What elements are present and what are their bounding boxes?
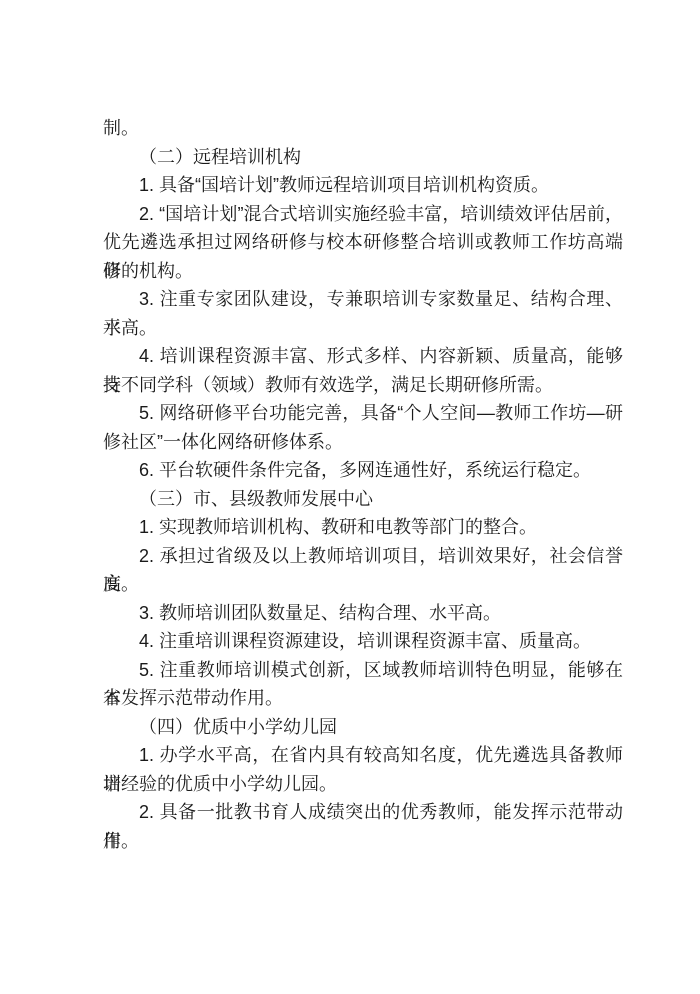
text-line: 高。 [103,570,623,599]
text-line: 3. 教师培训团队数量足、结构合理、水平高。 [103,599,623,628]
text-line: 制。 [103,114,623,143]
text-line: 省发挥示范带动作用。 [103,684,623,713]
text-line: 5. 注重教师培训模式创新，区域教师培训特色明显，能够在本 [103,656,623,685]
text-line: 4. 注重培训课程资源建设，培训课程资源丰富、质量高。 [103,627,623,656]
document-text-block: 制。（二）远程培训机构1. 具备“国培计划”教师远程培训项目培训机构资质。2. … [103,114,623,855]
text-line: （二）远程培训机构 [103,143,623,172]
text-line: （三）市、县级教师发展中心 [103,485,623,514]
text-line: 1. 具备“国培计划”教师远程培训项目培训机构资质。 [103,171,623,200]
text-line: 优先遴选承担过网络研修与校本研修整合培训或教师工作坊高端研 [103,228,623,257]
text-line: 4. 培训课程资源丰富、形式多样、内容新颖、质量高，能够支 [103,342,623,371]
text-line: 训经验的优质中小学幼儿园。 [103,770,623,799]
text-line: 1. 办学水平高，在省内具有较高知名度，优先遴选具备教师培 [103,741,623,770]
text-line: 修的机构。 [103,257,623,286]
text-line: 2. 承担过省级及以上教师培训项目，培训效果好，社会信誉度 [103,542,623,571]
text-line: 2. “国培计划”混合式培训实施经验丰富，培训绩效评估居前， [103,200,623,229]
text-line: 1. 实现教师培训机构、教研和电教等部门的整合。 [103,513,623,542]
text-line: 5. 网络研修平台功能完善，具备“个人空间—教师工作坊—研 [103,399,623,428]
text-line: 修社区”一体化网络研修体系。 [103,428,623,457]
document-page: 制。（二）远程培训机构1. 具备“国培计划”教师远程培训项目培训机构资质。2. … [0,0,700,994]
text-line: （四）优质中小学幼儿园 [103,713,623,742]
text-line: 用。 [103,827,623,856]
text-line: 2. 具备一批教书育人成绩突出的优秀教师，能发挥示范带动作 [103,798,623,827]
text-line: 持不同学科（领域）教师有效选学，满足长期研修所需。 [103,371,623,400]
text-line: 平高。 [103,314,623,343]
text-line: 6. 平台软硬件条件完备，多网连通性好，系统运行稳定。 [103,456,623,485]
text-line: 3. 注重专家团队建设，专兼职培训专家数量足、结构合理、水 [103,285,623,314]
